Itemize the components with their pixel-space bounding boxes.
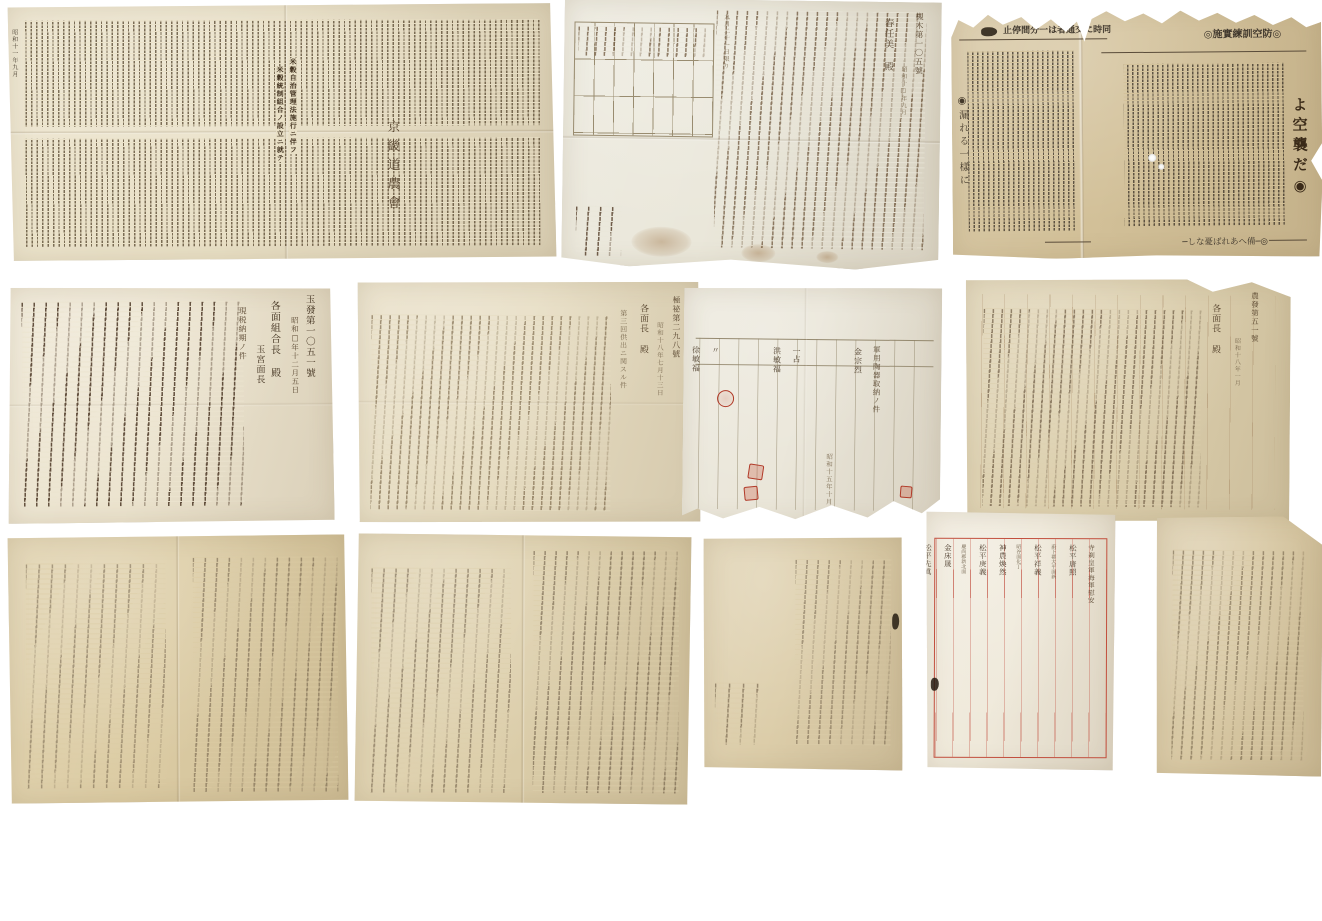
pencil-letter-spread-1	[8, 534, 349, 803]
donation-roster-sheet: 寺刹皇軍海軍慰安 松平唐照蔚下郡大平面新松平祥義昭谷面化丁神農煥然松平庚義慶尚郡…	[926, 512, 1116, 771]
fold-crease	[8, 402, 334, 408]
ledger-name-rows: 金宗烈一占洪敏福〃徐敏福一占洙眼福〃參在明二占徐箕祖二占金今〃金阜方一占	[708, 346, 868, 500]
water-stain	[816, 251, 838, 263]
leaflet-opening-column: よ空襲だ◉	[1290, 97, 1309, 200]
red-name-seal	[900, 486, 913, 499]
list-item: 松平祥義昭谷面化丁	[1010, 544, 1046, 750]
letter-doc-number: 玉發第一〇五一號	[303, 294, 315, 378]
air-defense-leaflet-sheet: 同時に交通者は一分間停止 ◎防空訓練實施◎ よ空襲だ◉ ◉漏れる一樣に ◎─備へ…	[951, 4, 1322, 259]
notice-title-line1: 米穀自治管理法施行ニ伴フ	[289, 58, 298, 154]
ink-blot	[892, 613, 899, 629]
handwriting-block	[533, 550, 680, 794]
roster-name-columns: 松平唐照蔚下郡大平面新松平祥義昭谷面化丁神農煥然松平庚義慶尚郡新北面金床晟松平先…	[940, 544, 1081, 750]
leaflet-slogan: ◎─備へあれば憂なし─	[1093, 235, 1268, 249]
letter-subject: 第三回供出ニ関スル件	[619, 309, 628, 389]
slogan-rule	[1269, 240, 1307, 241]
signature-block	[715, 683, 759, 745]
center-fold	[176, 535, 181, 803]
handwriting-block	[371, 567, 512, 792]
tax-letter-sheet: 玉發第一〇五一號 昭和□年十二月五日 各面組合長 殿 玉宮面長 現税納期ノ件	[7, 286, 334, 524]
circular-date: 昭和十八年一月	[1233, 338, 1240, 387]
leaflet-masthead: ◎防空訓練實施◎	[1129, 25, 1281, 41]
letter-sender: 玉宮面長	[254, 345, 265, 385]
faint-single-page	[702, 536, 903, 770]
circular-doc-number: 農發第五一號	[1249, 292, 1258, 343]
paper-hole	[1148, 154, 1156, 162]
red-round-stamp	[717, 390, 734, 407]
water-stain	[631, 226, 691, 257]
notice-org-signature: 京畿道農會	[384, 120, 400, 215]
center-fold	[521, 534, 526, 804]
handwriting-block	[713, 10, 926, 251]
tear-line	[1078, 6, 1084, 258]
list-item: 洪敏福〃	[704, 346, 787, 499]
letter-date: 昭和□年十二月五日	[290, 316, 299, 394]
handwriting-block	[795, 559, 892, 746]
list-item: 松平庚義慶尚郡新北面	[955, 544, 991, 750]
handwritten-report-sheet: 槻木第一〇五號 昭和十□年九月 春任美 殿 九月二十一日限り	[561, 0, 942, 271]
township-circular-sheet: 農發第五一號 各面長 殿 昭和十八年一月	[964, 278, 1291, 523]
red-name-seal	[747, 463, 764, 480]
pencil-letter-spread-2	[355, 533, 692, 804]
report-doc-number: 槻木第一〇五號	[914, 12, 924, 75]
paper-hole	[1158, 164, 1164, 170]
application-page	[1155, 515, 1322, 776]
list-item: 松平先眞蘇川郡北面化丁	[900, 544, 936, 750]
table-entries-scribble	[578, 26, 706, 58]
letter-addressee: 各面長 殿	[637, 304, 648, 355]
notice-title-line2: 米穀統制組合ノ設立ニ就テ	[276, 66, 285, 162]
headline-rule	[959, 38, 1107, 40]
report-deadline-note: 九月二十一日限り	[722, 14, 730, 70]
leaflet-text-block-left	[967, 51, 1075, 232]
handwriting-block	[370, 314, 611, 511]
leaflet-text-block-right	[1123, 63, 1284, 226]
letter-date: 昭和十八年七月十三日	[655, 322, 663, 397]
document-collection-photo: 昭和十一年九月 米穀自治管理法施行ニ伴フ 米穀統制組合ノ設立ニ就テ 京畿道農會 …	[0, 0, 1322, 921]
handwriting-block	[26, 563, 167, 788]
signature-block	[575, 206, 622, 257]
list-item: 松平唐照蔚下郡大平面新	[1045, 544, 1081, 750]
letter-doc-number: 極祕第二九八號	[671, 296, 681, 359]
slogan-rule	[1045, 241, 1091, 242]
delivery-letter-sheet: 極祕第二九八號 昭和十八年七月十三日 各面長 殿 第三回供出ニ関スル件	[356, 280, 701, 524]
circular-addressee: 各面長 殿	[1209, 304, 1220, 355]
letter-subject: 現税納期ノ件	[237, 307, 247, 361]
leaflet-left-column: ◉漏れる一樣に	[956, 95, 969, 187]
rice-control-notice-sheet: 昭和十一年九月 米穀自治管理法施行ニ伴フ 米穀統制組合ノ設立ニ就テ 京畿道農會	[8, 3, 557, 261]
water-stain	[741, 244, 775, 262]
letter-addressee: 各面組合長 殿	[267, 300, 279, 378]
handwriting-block	[982, 308, 1201, 508]
report-date: 昭和十□年九月	[899, 66, 907, 116]
report-addressee: 春任美 殿	[882, 18, 894, 72]
roster-header-column: 寺刹皇軍海軍慰安	[1086, 544, 1094, 604]
masthead-rule	[1101, 51, 1306, 54]
red-name-seal	[743, 486, 758, 501]
handwriting-block	[1171, 550, 1304, 761]
notice-side-date: 昭和十一年九月	[11, 29, 18, 78]
handwriting-block	[193, 556, 339, 792]
pottery-ledger-sheet: 軍用陶器取納ノ件 金宗烈一占洪敏福〃徐敏福一占洙眼福〃參在明二占徐箕祖二占金今〃…	[682, 286, 942, 526]
list-item: 金床晟	[940, 544, 956, 750]
ledger-title: 軍用陶器取納ノ件	[871, 346, 881, 414]
ledger-date: 昭和十五年十月二十二日	[824, 453, 833, 536]
list-item: 神農煥然	[995, 544, 1011, 750]
